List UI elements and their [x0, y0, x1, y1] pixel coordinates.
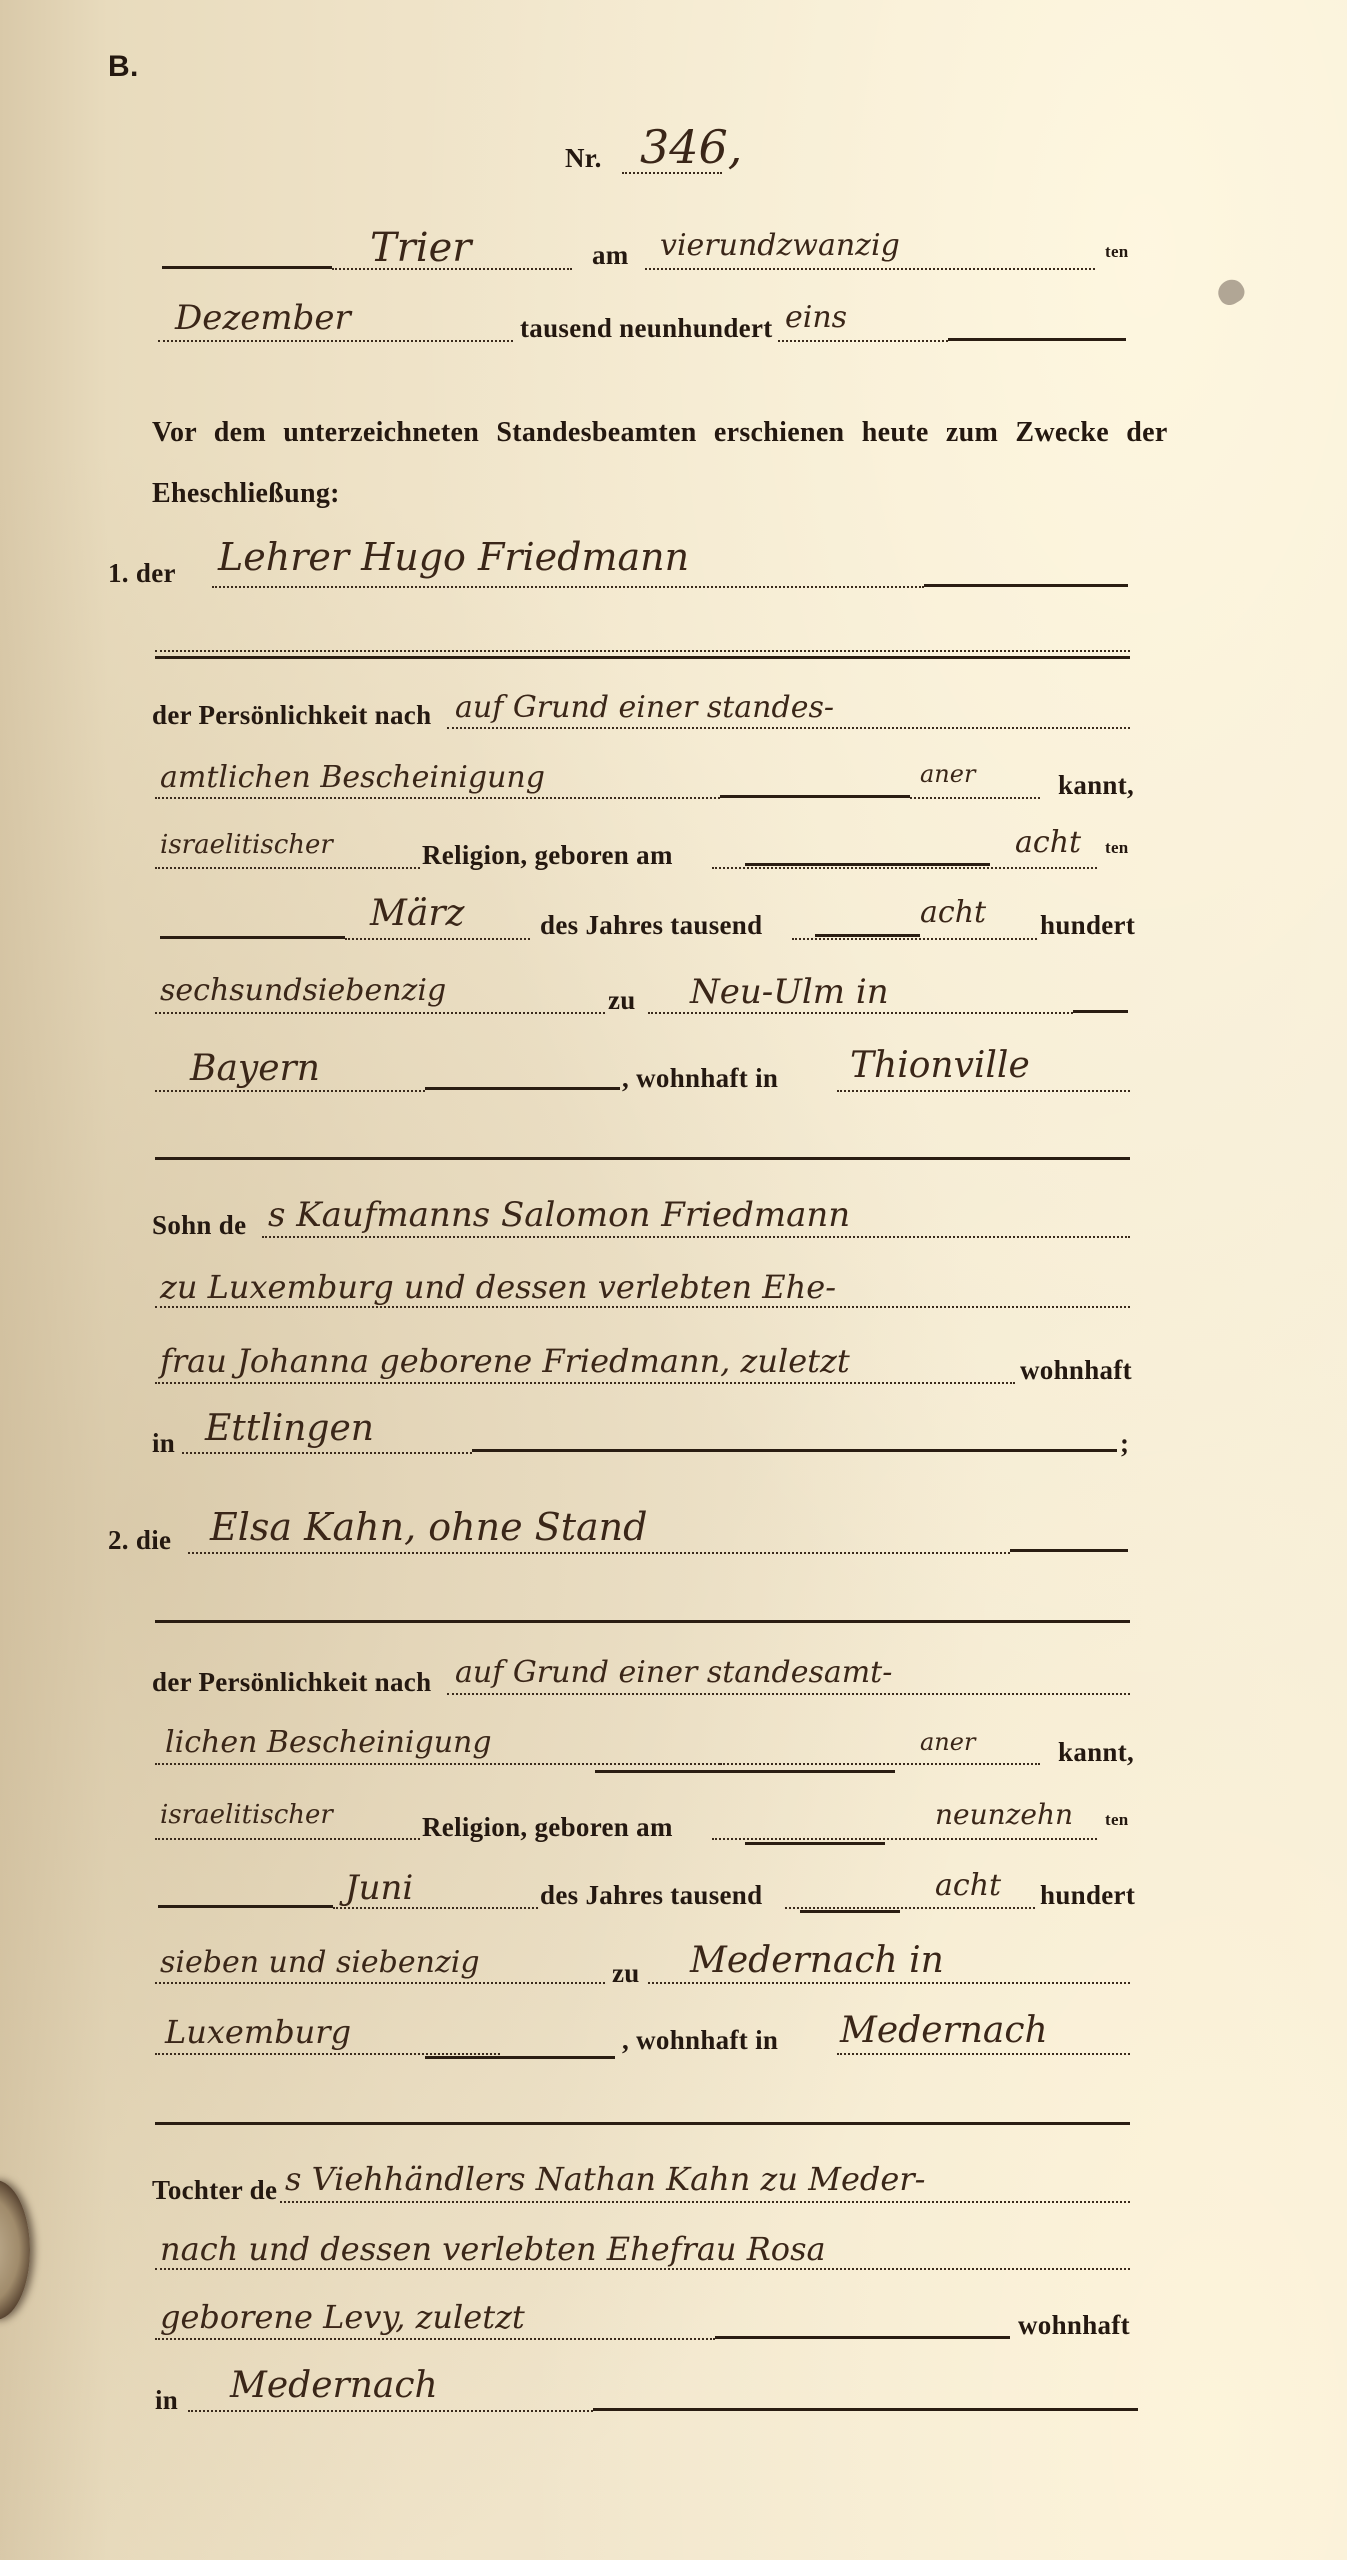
groom-birth-place: Neu-Ulm in: [690, 972, 889, 1012]
bride-birth-century: acht: [935, 1868, 1001, 1903]
bride-identity-known: aner: [920, 1728, 975, 1756]
groom-birth-year-rest: sechsundsiebenzig: [160, 973, 446, 1008]
rule: [155, 1306, 1130, 1308]
binder-hole: [0, 2180, 30, 2320]
groom-identity-label: der Persönlichkeit nach: [152, 700, 431, 731]
rule: [155, 1382, 1015, 1384]
groom-parents-line-1: s Kaufmanns Salomon Friedmann: [268, 1195, 850, 1235]
rule: [745, 863, 990, 866]
groom-birth-region: Bayern: [190, 1048, 320, 1089]
rule: [837, 2053, 1130, 2055]
rule: [593, 2408, 1138, 2411]
place-of-registration: Trier: [370, 225, 471, 271]
rule: [785, 1907, 1035, 1909]
rule: [924, 584, 1128, 587]
bride-religion: israelitischer: [160, 1800, 333, 1830]
am-label: am: [592, 240, 629, 271]
rule: [778, 340, 948, 342]
groom-index: 1. der: [108, 558, 176, 589]
rule: [188, 2410, 593, 2412]
groom-residence-label: , wohnhaft in: [622, 1063, 778, 1094]
groom-birth-day: acht: [1015, 825, 1081, 860]
groom-birth-month: März: [370, 893, 465, 934]
bride-parents-label: Tochter de: [152, 2175, 277, 2206]
groom-identity-known: aner: [920, 760, 975, 788]
rule: [155, 656, 1130, 659]
bride-birth-month: Juni: [345, 1868, 413, 1908]
rule: [720, 795, 910, 798]
rule: [345, 938, 530, 940]
bride-last-residence: Medernach: [230, 2365, 438, 2406]
rule: [837, 1090, 1130, 1092]
rule: [155, 1838, 420, 1840]
rule: [155, 867, 420, 869]
bride-name: Elsa Kahn, ohne Stand: [210, 1505, 647, 1549]
rule: [262, 1236, 1130, 1238]
rule: [155, 1620, 1130, 1623]
rule: [212, 586, 924, 588]
rule: [645, 268, 1095, 270]
groom-birth-century: acht: [920, 895, 986, 930]
intro-text-2: Eheschließung:: [152, 478, 340, 510]
groom-parents-label: Sohn de: [152, 1210, 246, 1241]
rule: [447, 1693, 1130, 1695]
groom-birth-place-label: zu: [608, 985, 636, 1016]
groom-hundred-label: hundert: [1040, 910, 1135, 941]
rule: [155, 797, 720, 799]
rule: [712, 867, 1097, 869]
year-value: eins: [785, 300, 847, 335]
rule: [948, 338, 1126, 341]
groom-birth-day-suffix: ten: [1105, 838, 1129, 858]
bride-birth-day-suffix: ten: [1105, 1810, 1129, 1830]
year-label: tausend neunhundert: [520, 313, 773, 344]
rule: [472, 1449, 1117, 1452]
groom-religion-label: Religion, geboren am: [422, 840, 673, 871]
bride-index: 2. die: [108, 1525, 171, 1556]
bride-identity-value-2: lichen Bescheinigung: [165, 1725, 492, 1760]
rule: [595, 1770, 895, 1773]
bride-identity-label: der Persönlichkeit nach: [152, 1667, 431, 1698]
groom-religion: israelitischer: [160, 830, 333, 860]
rule: [715, 2336, 1010, 2339]
bride-residence-label: , wohnhaft in: [622, 2025, 778, 2056]
groom-parents-line-3: frau Johanna geborene Friedmann, zuletzt: [160, 1342, 850, 1380]
rule: [815, 934, 920, 937]
groom-parents-residence-label: wohnhaft: [1020, 1355, 1132, 1386]
bride-birth-region: Luxemburg: [165, 2013, 351, 2051]
bride-birth-year-label: des Jahres tausend: [540, 1880, 762, 1911]
rule: [425, 2056, 615, 2059]
rule: [447, 727, 1130, 729]
rule: [425, 1087, 620, 1090]
rule: [720, 1763, 1040, 1765]
groom-name: Lehrer Hugo Friedmann: [218, 535, 689, 579]
bride-hundred-label: hundert: [1040, 1880, 1135, 1911]
day-of-month: vierundzwanzig: [660, 228, 900, 263]
rule: [1073, 1010, 1128, 1013]
bride-birth-year-rest: sieben und siebenzig: [160, 1945, 480, 1980]
bride-last-residence-prefix: in: [155, 2385, 178, 2416]
rule: [800, 1910, 900, 1913]
rule: [1010, 1549, 1128, 1552]
bride-parents-line-2: nach und dessen verlebten Ehefrau Rosa: [160, 2230, 826, 2268]
ink-stain: [1214, 275, 1249, 309]
bride-religion-label: Religion, geboren am: [422, 1812, 673, 1843]
rule: [155, 1012, 605, 1014]
rule: [155, 1763, 720, 1765]
groom-last-residence-end: ;: [1120, 1428, 1129, 1459]
groom-identity-value-2: amtlichen Bescheinigung: [160, 760, 545, 795]
rule: [158, 340, 513, 342]
rule: [188, 1552, 1010, 1554]
month: Dezember: [175, 298, 351, 338]
rule: [155, 2268, 1130, 2270]
bride-birth-place-label: zu: [612, 1958, 640, 1989]
section-letter: B.: [108, 50, 139, 84]
bride-parents-line-3: geborene Levy, zuletzt: [160, 2298, 525, 2336]
groom-residence: Thionville: [850, 1045, 1030, 1086]
rule: [745, 1842, 885, 1845]
groom-last-residence-prefix: in: [152, 1428, 175, 1459]
rule: [162, 266, 332, 269]
groom-birth-year-label: des Jahres tausend: [540, 910, 762, 941]
day-suffix: ten: [1105, 242, 1129, 262]
bride-residence: Medernach: [840, 2010, 1048, 2051]
record-number: 346,: [640, 120, 742, 174]
rule: [182, 1452, 472, 1454]
rule: [160, 936, 345, 939]
rule: [155, 1157, 1130, 1160]
bride-birth-day: neunzehn: [935, 1798, 1073, 1831]
rule: [648, 1982, 1130, 1984]
bride-birth-place: Medernach in: [690, 1940, 944, 1981]
rule: [155, 1090, 425, 1092]
rule: [155, 1982, 605, 1984]
rule: [155, 2338, 715, 2340]
bride-identity-suffix: kannt,: [1058, 1737, 1134, 1768]
rule: [648, 1012, 1073, 1014]
rule: [158, 1905, 333, 1908]
bride-identity-value-1: auf Grund einer standesamt-: [455, 1655, 892, 1690]
rule: [792, 938, 1037, 940]
groom-identity-value-1: auf Grund einer standes-: [455, 690, 834, 725]
rule: [155, 2122, 1130, 2125]
rule: [910, 797, 1040, 799]
rule: [280, 2201, 1130, 2203]
groom-identity-suffix: kannt,: [1058, 770, 1134, 801]
rule: [155, 650, 1130, 652]
bride-parents-residence-label: wohnhaft: [1018, 2310, 1130, 2341]
bride-parents-line-1: s Viehhändlers Nathan Kahn zu Meder-: [285, 2160, 925, 2198]
number-label: Nr.: [565, 143, 602, 174]
groom-last-residence: Ettlingen: [205, 1408, 374, 1449]
intro-text: Vor dem unterzeichneten Standesbeamten e…: [152, 417, 1168, 449]
rule: [155, 2053, 500, 2055]
rule: [712, 1838, 1097, 1840]
groom-parents-line-2: zu Luxemburg und dessen verlebten Ehe-: [160, 1268, 836, 1306]
